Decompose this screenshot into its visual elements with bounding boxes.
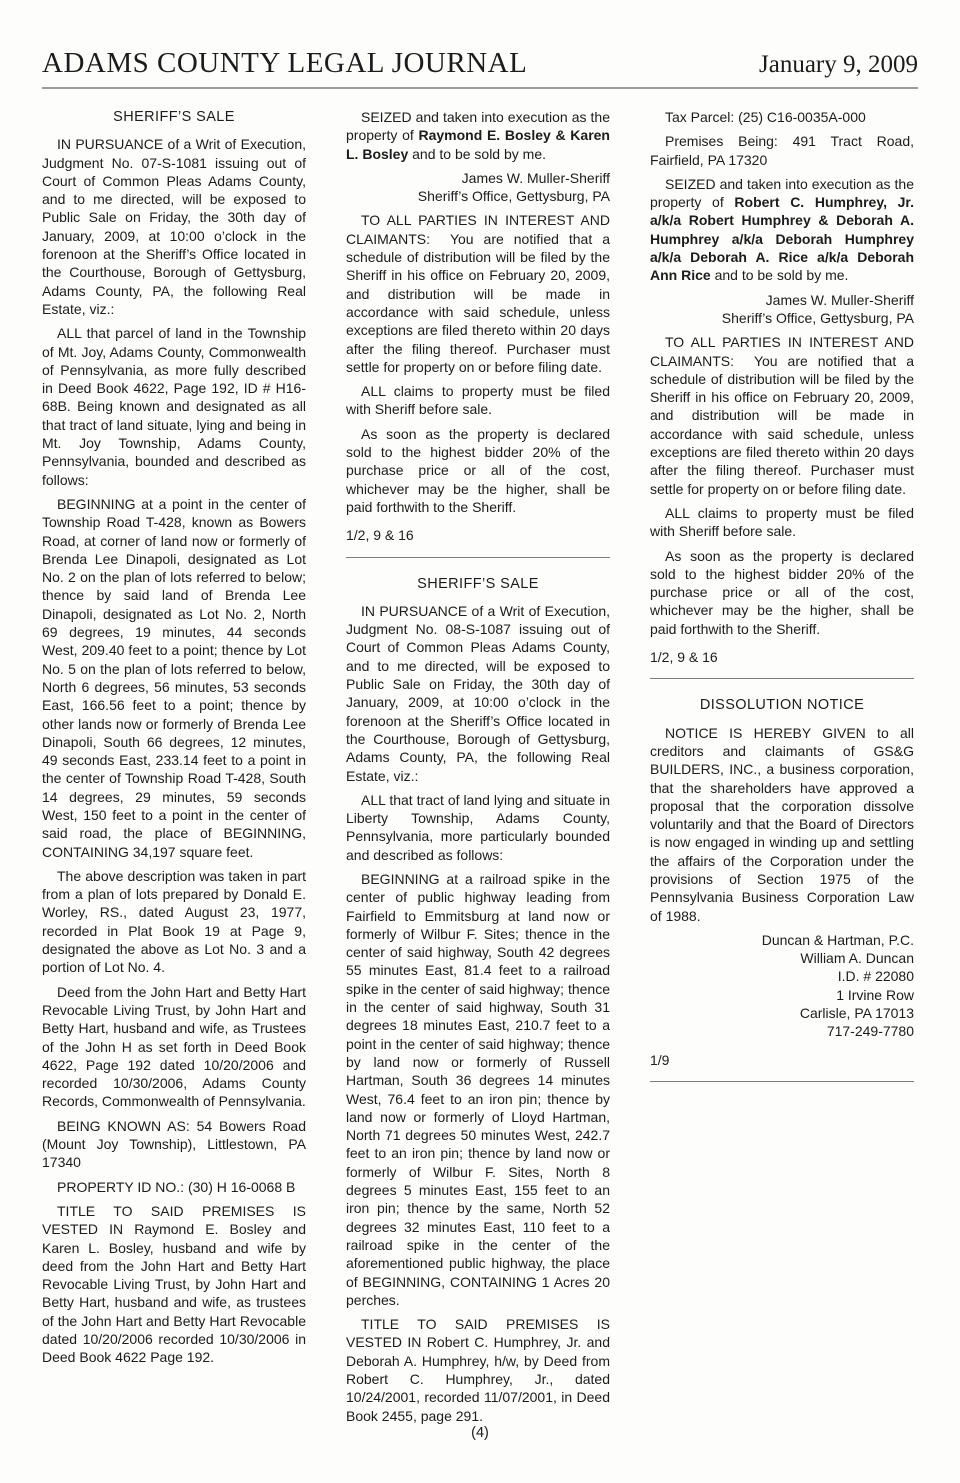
attorney-address-line: Carlisle, PA 17013: [650, 1004, 914, 1022]
publication-dates: 1/2, 9 & 16: [650, 648, 914, 666]
journal-title: ADAMS COUNTY LEGAL JOURNAL: [42, 47, 527, 80]
column-right: Tax Parcel: (25) C16-0035A-000 Premises …: [650, 108, 914, 1099]
publication-dates: 1/2, 9 & 16: [346, 526, 610, 544]
signature-line: Sheriff’s Office, Gettysburg, PA: [346, 187, 610, 205]
notice-paragraph: PROPERTY ID NO.: (30) H 16-0068 B: [42, 1178, 306, 1196]
notice-paragraph: Tax Parcel: (25) C16-0035A-000: [650, 108, 914, 126]
notice-divider: [650, 1081, 914, 1082]
notice-paragraph: As soon as the property is declared sold…: [650, 547, 914, 638]
notice-dissolution: DISSOLUTION NOTICE NOTICE IS HEREBY GIVE…: [650, 696, 914, 1069]
signature-line: James W. Muller-Sheriff: [650, 291, 914, 309]
notice-paragraph: IN PURSUANCE of a Writ of Execution, Jud…: [346, 602, 610, 785]
notice-heading: SHERIFF’S SALE: [346, 575, 610, 593]
attorney-address-line: William A. Duncan: [650, 949, 914, 967]
notice-paragraph: TO ALL PARTIES IN INTEREST AND CLAIMANTS…: [650, 333, 914, 498]
notice-sheriffs-sale-1-continued: SEIZED and taken into execution as the p…: [346, 108, 610, 545]
notice-paragraph: ALL that tract of land lying and situate…: [346, 791, 610, 864]
masthead: ADAMS COUNTY LEGAL JOURNAL January 9, 20…: [0, 0, 960, 80]
journal-page: ADAMS COUNTY LEGAL JOURNAL January 9, 20…: [0, 0, 960, 1483]
notice-sheriffs-sale-2-continued: Tax Parcel: (25) C16-0035A-000 Premises …: [650, 108, 914, 666]
notice-paragraph: The above description was taken in part …: [42, 867, 306, 977]
notice-paragraph-seized: SEIZED and taken into execution as the p…: [650, 175, 914, 285]
notice-divider: [650, 678, 914, 679]
seized-text: and to be sold by me.: [711, 267, 849, 283]
notice-heading: DISSOLUTION NOTICE: [650, 696, 914, 714]
page-number: (4): [42, 1425, 918, 1441]
notice-paragraph: BEGINNING at a railroad spike in the cen…: [346, 870, 610, 1309]
notice-divider: [346, 557, 610, 558]
notice-paragraph-seized: SEIZED and taken into execution as the p…: [346, 108, 610, 163]
notice-sheriffs-sale-2: SHERIFF’S SALE IN PURSUANCE of a Writ of…: [346, 575, 610, 1425]
notice-paragraph: TITLE TO SAID PREMISES IS VESTED IN Raym…: [42, 1202, 306, 1367]
notice-paragraph: As soon as the property is declared sold…: [346, 425, 610, 516]
notice-paragraph: BEING KNOWN AS: 54 Bowers Road (Mount Jo…: [42, 1117, 306, 1172]
notice-paragraph: NOTICE IS HEREBY GIVEN to all creditors …: [650, 724, 914, 925]
notice-paragraph: Premises Being: 491 Tract Road, Fairfiel…: [650, 132, 914, 169]
publication-dates: 1/9: [650, 1051, 914, 1069]
notice-columns: SHERIFF’S SALE IN PURSUANCE of a Writ of…: [0, 89, 960, 1431]
notice-paragraph: ALL claims to property must be filed wit…: [650, 504, 914, 541]
notice-paragraph: ALL claims to property must be filed wit…: [346, 382, 610, 419]
column-left: SHERIFF’S SALE IN PURSUANCE of a Writ of…: [42, 108, 306, 1373]
attorney-address-line: 717-249-7780: [650, 1022, 914, 1040]
notice-paragraph: IN PURSUANCE of a Writ of Execution, Jud…: [42, 135, 306, 318]
notice-paragraph: TO ALL PARTIES IN INTEREST AND CLAIMANTS…: [346, 211, 610, 376]
notice-sheriffs-sale-1: SHERIFF’S SALE IN PURSUANCE of a Writ of…: [42, 108, 306, 1367]
notice-paragraph: ALL that parcel of land in the Township …: [42, 324, 306, 489]
attorney-address-line: Duncan & Hartman, P.C.: [650, 931, 914, 949]
column-center: SEIZED and taken into execution as the p…: [346, 108, 610, 1431]
notice-heading: SHERIFF’S SALE: [42, 108, 306, 126]
signature-line: James W. Muller-Sheriff: [346, 169, 610, 187]
signature-block: James W. Muller-Sheriff Sheriff’s Office…: [346, 169, 610, 206]
seized-text: and to be sold by me.: [408, 146, 546, 162]
attorney-address-line: I.D. # 22080: [650, 967, 914, 985]
signature-line: Sheriff’s Office, Gettysburg, PA: [650, 309, 914, 327]
issue-date: January 9, 2009: [759, 51, 918, 79]
notice-paragraph: BEGINNING at a point in the center of To…: [42, 495, 306, 861]
attorney-address-line: 1 Irvine Row: [650, 986, 914, 1004]
notice-paragraph: Deed from the John Hart and Betty Hart R…: [42, 983, 306, 1111]
signature-block: James W. Muller-Sheriff Sheriff’s Office…: [650, 291, 914, 328]
attorney-address-block: Duncan & Hartman, P.C. William A. Duncan…: [650, 931, 914, 1041]
notice-paragraph: TITLE TO SAID PREMISES IS VESTED IN Robe…: [346, 1315, 610, 1425]
